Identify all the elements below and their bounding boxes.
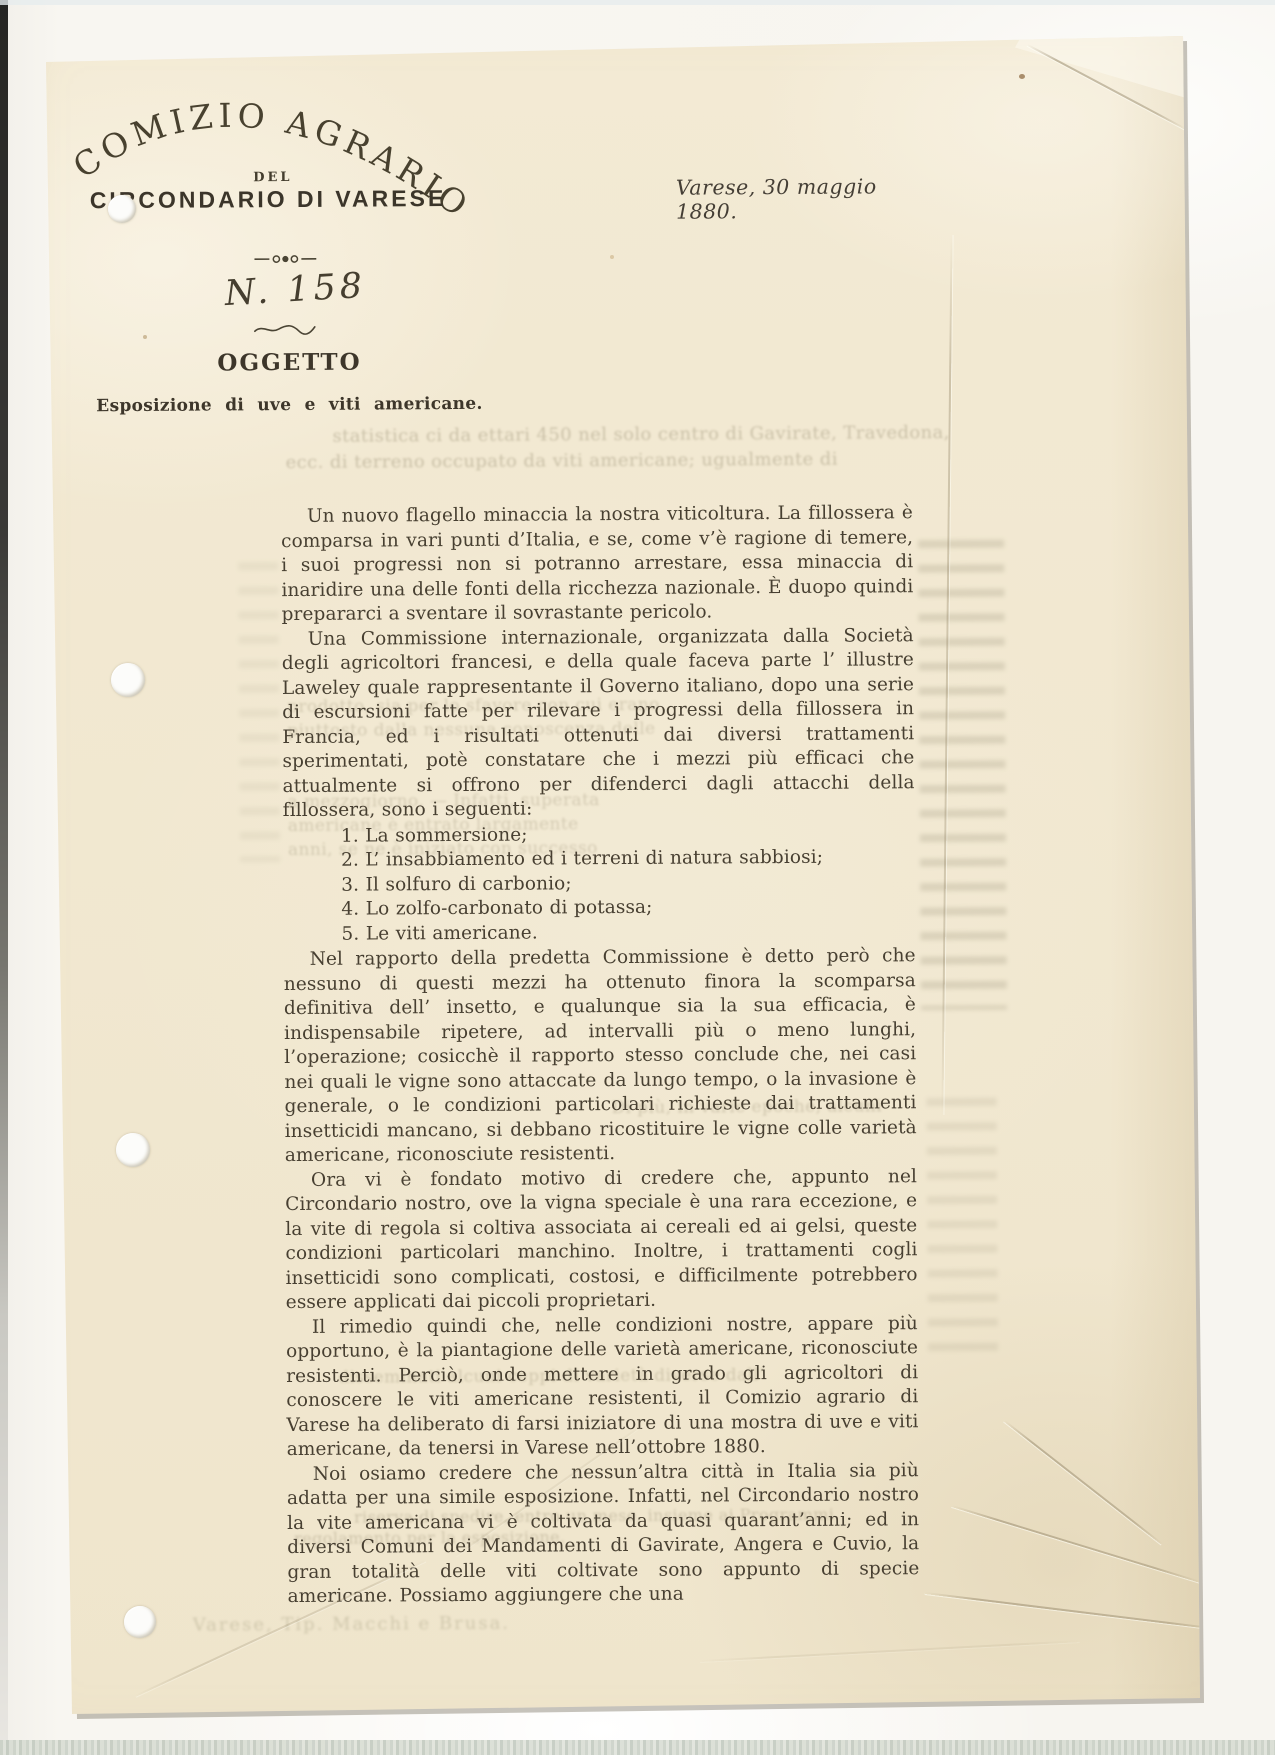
org-name: CIRCONDARIO DI VARESE bbox=[81, 185, 455, 214]
foxing-speck bbox=[1019, 74, 1025, 79]
document-number: N. 158 bbox=[224, 266, 368, 314]
punch-hole bbox=[124, 1606, 156, 1638]
list-item: 5. Le viti americane. bbox=[341, 919, 915, 947]
bleedthrough-text: ecc. di terreno occupato da viti america… bbox=[286, 449, 838, 473]
letter-page: statistica ci da ettari 450 nel solo cen… bbox=[0, 0, 1275, 1755]
subject-text: Esposizione di uve e viti americane. bbox=[96, 393, 516, 418]
flourish-icon bbox=[253, 322, 317, 338]
paragraph: Noi osiamo credere che nessun’altra citt… bbox=[287, 1459, 920, 1610]
subject-label: OGGETTO bbox=[202, 349, 377, 376]
letter-body: Un nuovo flagello minaccia la nostra vit… bbox=[281, 501, 920, 1609]
list-item: 3. Il solfuro di carbonio; bbox=[341, 870, 915, 898]
dateline: Varese, 30 maggio 1880. bbox=[676, 174, 916, 223]
punch-hole bbox=[116, 1133, 150, 1167]
paragraph: Nel rapporto della predetta Commissione … bbox=[284, 944, 917, 1168]
punch-hole bbox=[108, 195, 136, 223]
paragraph: Un nuovo flagello minaccia la nostra vit… bbox=[281, 501, 914, 627]
list-item: 2. L’ insabbiamento ed i terreni di natu… bbox=[341, 845, 915, 873]
org-del-label: DEL bbox=[233, 170, 313, 186]
scanner-edge-left bbox=[0, 0, 8, 1755]
divider-ornament-icon bbox=[254, 252, 316, 266]
bleedthrough-smear bbox=[927, 1098, 999, 1358]
printer-imprint-text: Varese, Tip. Macchi e Brusa. bbox=[193, 1613, 510, 1636]
scanner-strip-bottom bbox=[0, 1740, 1275, 1755]
foxing-speck bbox=[143, 335, 147, 339]
page-content: statistica ci da ettari 450 nel solo cen… bbox=[0, 0, 1275, 1755]
scanner-edge-top bbox=[0, 0, 1275, 5]
org-name-arc: COMIZIO AGRARIO bbox=[70, 83, 466, 245]
bleedthrough-smear bbox=[238, 562, 280, 862]
paragraph: Una Commissione internazionale, organizz… bbox=[282, 624, 915, 824]
punch-hole bbox=[111, 663, 145, 697]
foxing-speck bbox=[610, 255, 614, 259]
paragraph: Ora vi è fondato motivo di credere che, … bbox=[285, 1165, 918, 1316]
paragraph: Il rimedio quindi che, nelle condizioni … bbox=[286, 1312, 919, 1463]
bleedthrough-text: statistica ci da ettari 450 nel solo cen… bbox=[332, 422, 950, 447]
list-item: 4. Lo zolfo-carbonato di potassa; bbox=[341, 894, 915, 922]
bleedthrough-smear bbox=[918, 540, 1007, 1011]
scanned-document: statistica ci da ettari 450 nel solo cen… bbox=[0, 0, 1275, 1755]
remedy-list: 1. La sommersione; 2. L’ insabbiamento e… bbox=[283, 821, 916, 947]
list-item: 1. La sommersione; bbox=[341, 821, 915, 849]
